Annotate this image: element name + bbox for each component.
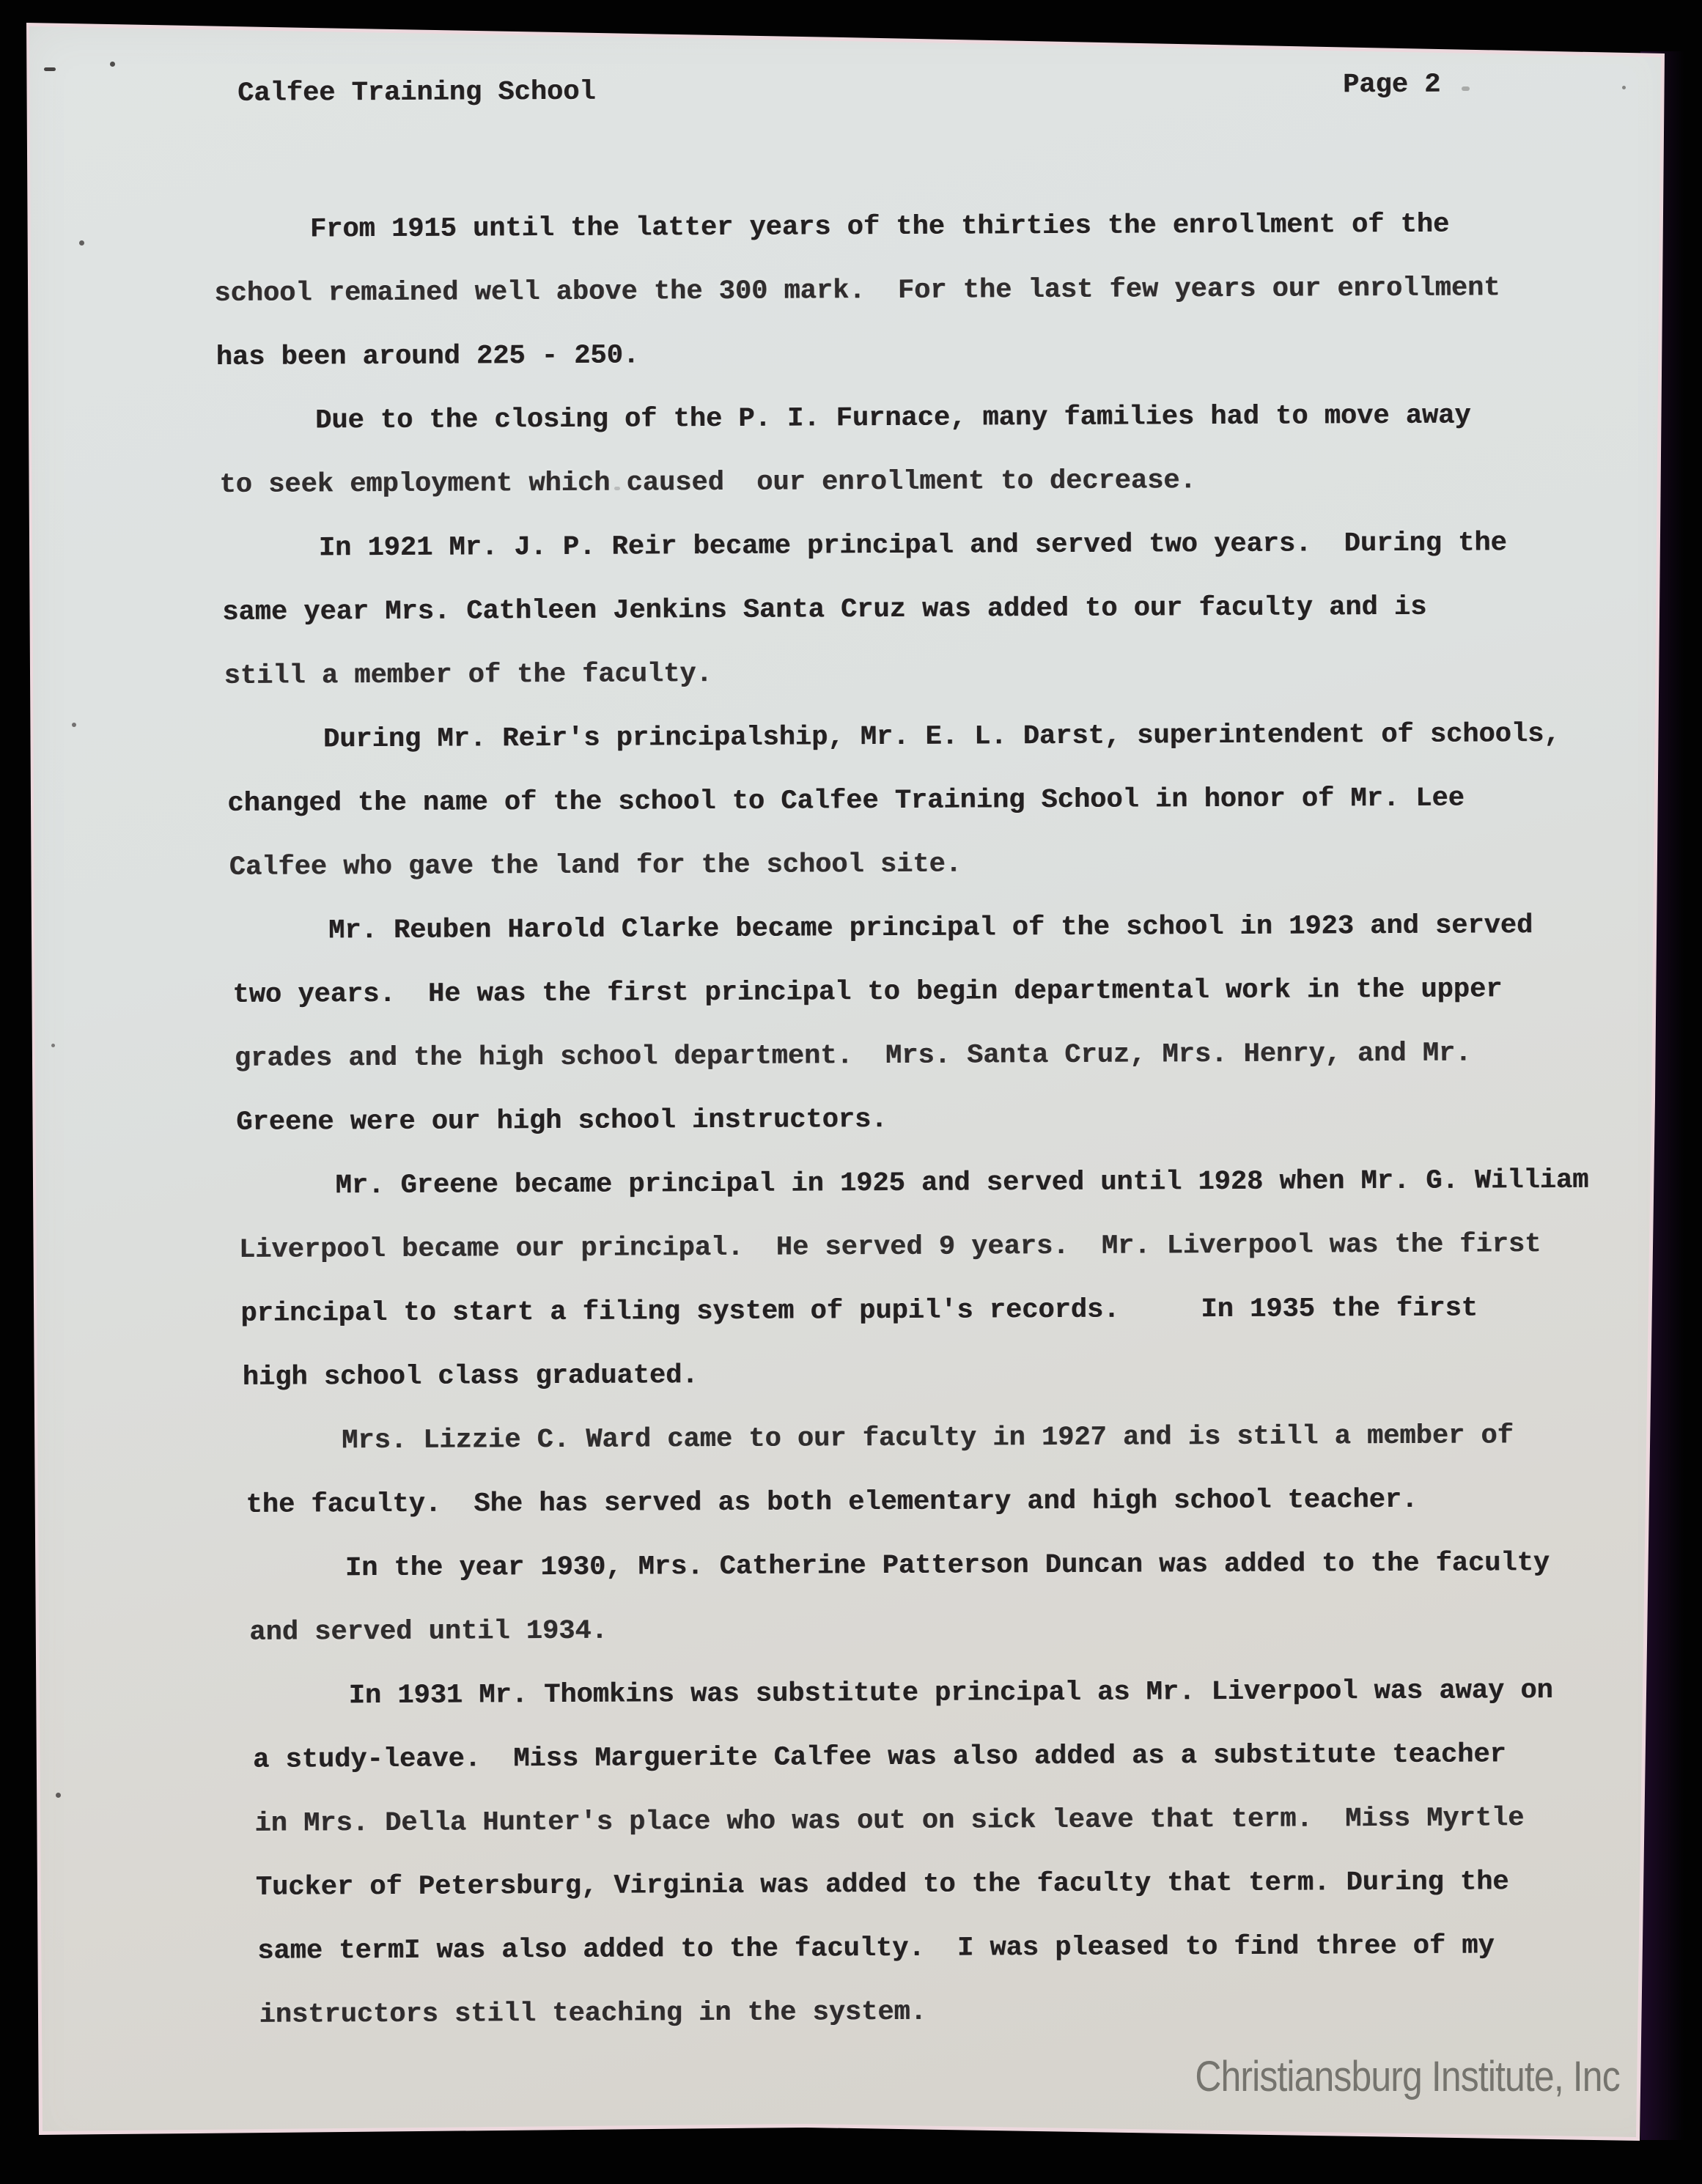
scan-speck: [614, 487, 620, 490]
watermark-text: Christiansburg Institute, Inc: [1196, 2052, 1620, 2101]
typed-line: grades and the high school department. M…: [235, 1039, 1472, 1074]
typed-line: From 1915 until the latter years of the …: [310, 210, 1449, 245]
typed-line: school remained well above the 300 mark.…: [214, 273, 1500, 309]
typed-line: Calfee who gave the land for the school …: [229, 850, 962, 882]
typed-line: in Mrs. Della Hunter's place who was out…: [254, 1804, 1524, 1839]
scan-speck: [56, 1793, 61, 1798]
typed-line: During Mr. Reir's principalship, Mr. E. …: [323, 720, 1561, 754]
typed-line: a study-leave. Miss Marguerite Calfee wa…: [253, 1740, 1506, 1774]
scan-speck: [79, 240, 84, 246]
typed-line: same year Mrs. Cathleen Jenkins Santa Cr…: [222, 593, 1426, 627]
typed-line: In 1931 Mr. Thomkins was substitute prin…: [349, 1676, 1553, 1711]
page-number: Page 2: [1343, 70, 1440, 100]
scan-speck: [1622, 86, 1626, 89]
typed-line: has been around 225 - 250.: [216, 341, 639, 372]
typed-line: Mr. Reuben Harold Clarke became principa…: [328, 911, 1533, 945]
typed-line: Due to the closing of the P. I. Furnace,…: [315, 402, 1471, 436]
scanned-document-view: Calfee Training School Page 2 From 1915 …: [0, 0, 1702, 2184]
typed-line: changed the name of the school to Calfee…: [227, 784, 1465, 819]
typed-line: instructors still teaching in the system…: [259, 1998, 927, 2030]
scan-speck: [110, 62, 115, 67]
typed-line: still a member of the faculty.: [224, 660, 712, 691]
document-title: Calfee Training School: [237, 78, 596, 108]
typed-line: high school class graduated.: [243, 1361, 699, 1392]
scan-speck: [44, 67, 56, 71]
typed-line: In 1921 Mr. J. P. Reir became principal …: [319, 528, 1507, 563]
scan-speck: [72, 723, 76, 727]
scan-speck: [1462, 86, 1470, 91]
scan-speck: [51, 1044, 55, 1047]
typed-text-block: Calfee Training School Page 2 From 1915 …: [0, 0, 1702, 2184]
typed-line: same termI was also added to the faculty…: [257, 1931, 1495, 1966]
typed-line: principal to start a filing system of pu…: [240, 1294, 1478, 1328]
typed-line: two years. He was the first principal to…: [233, 975, 1503, 1010]
typed-line: Mrs. Lizzie C. Ward came to our faculty …: [342, 1421, 1514, 1456]
typed-line: Mr. Greene became principal in 1925 and …: [336, 1166, 1589, 1200]
typed-line: to seek employment which caused our enro…: [219, 466, 1196, 500]
typed-line: In the year 1930, Mrs. Catherine Patters…: [345, 1549, 1550, 1583]
typed-line: Tucker of Petersburg, Virginia was added…: [256, 1867, 1509, 1902]
typed-line: Liverpool became our principal. He serve…: [239, 1230, 1541, 1265]
typed-line: the faculty. She has served as both elem…: [246, 1486, 1418, 1520]
body-lines: From 1915 until the latter years of the …: [0, 0, 1701, 1]
typed-line: Greene were our high school instructors.: [236, 1105, 887, 1137]
typed-line: and served until 1934.: [249, 1617, 608, 1648]
